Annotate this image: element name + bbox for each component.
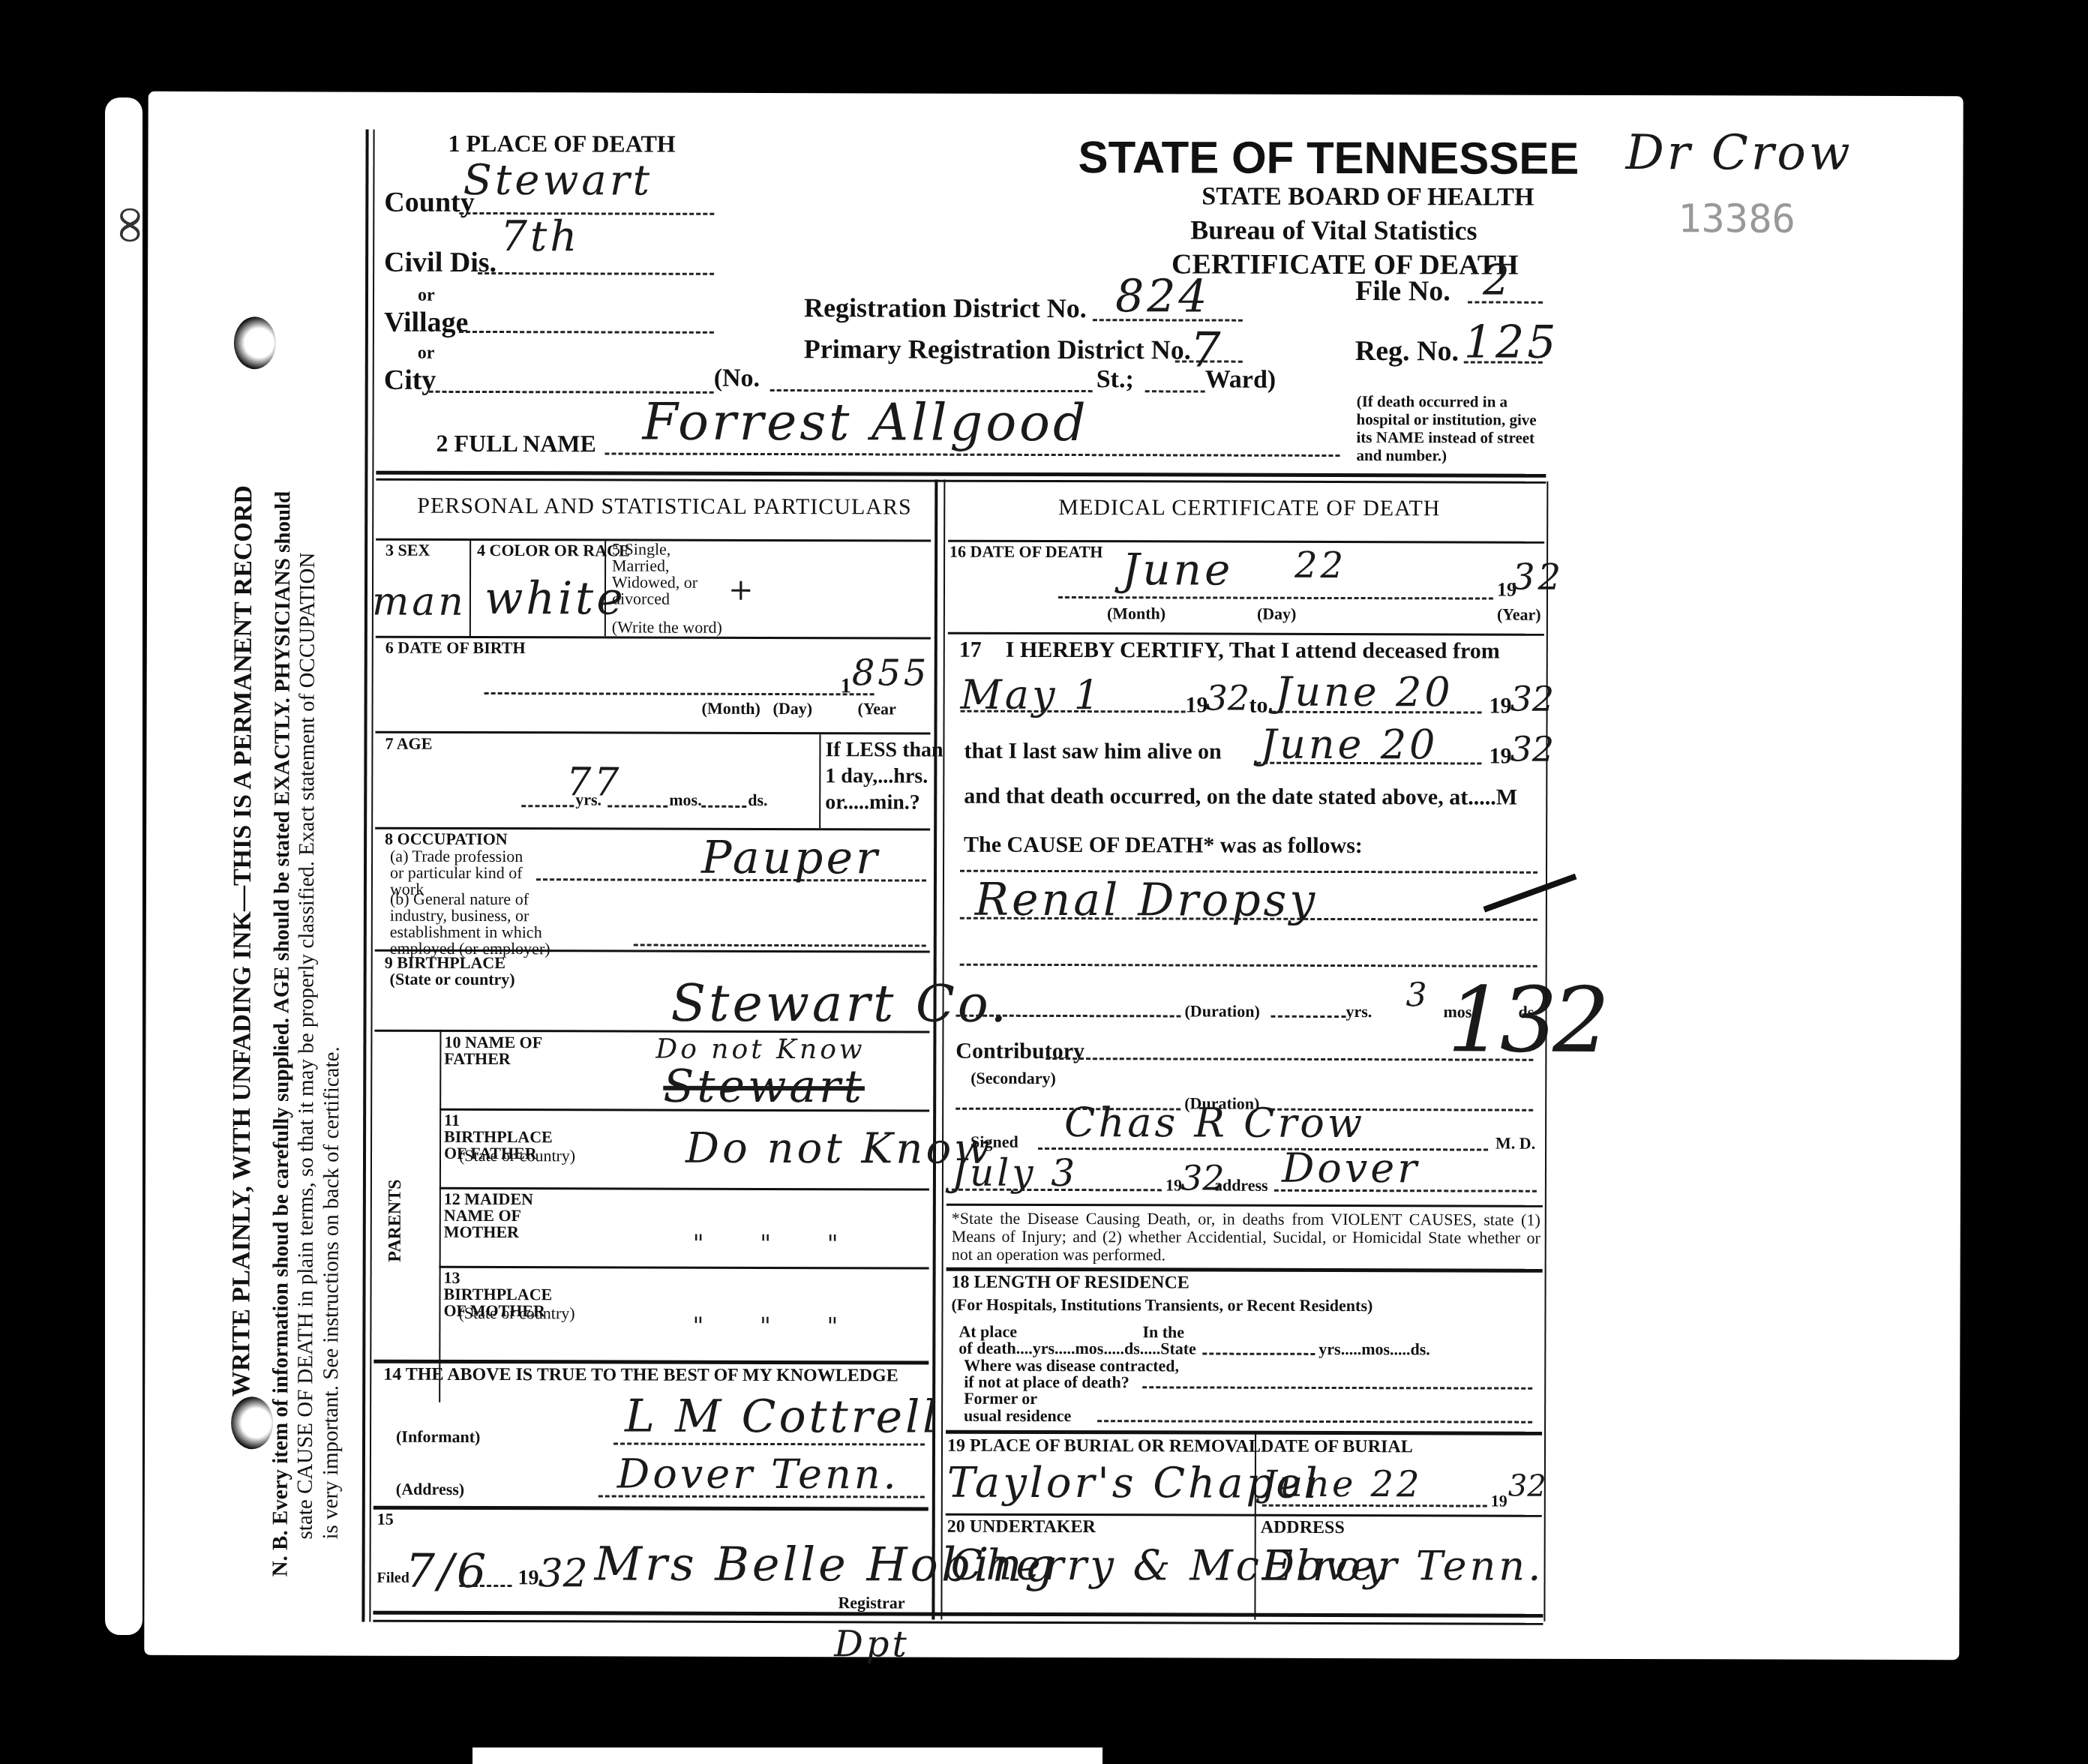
- or-label: or: [418, 286, 435, 306]
- informant-header: 14 THE ABOVE IS TRUE TO THE BEST OF MY K…: [383, 1365, 898, 1387]
- stamp-number: 13386: [1678, 196, 1795, 241]
- last-saw-label: that I last saw him alive on: [964, 739, 1221, 765]
- occ-a-value[interactable]: Pauper: [701, 832, 880, 885]
- less-than-1: If LESS than: [825, 738, 943, 762]
- signed-value[interactable]: Chas R Crow: [1064, 1099, 1365, 1147]
- informant-label: (Informant): [396, 1427, 481, 1447]
- father-birthplace-value[interactable]: Do not Know: [685, 1124, 993, 1174]
- column-divider: [931, 480, 937, 1620]
- marital-hint: (Write the word): [612, 617, 722, 637]
- mother-birthplace-sub: (State or country): [458, 1303, 574, 1323]
- sex-value[interactable]: man: [372, 580, 466, 625]
- year-prefix: 19: [1165, 1175, 1182, 1195]
- bottom-paper-tab: [472, 1747, 1102, 1764]
- contributory-label: Contributory: [955, 1039, 1084, 1064]
- father-name-value[interactable]: Stewart: [663, 1060, 865, 1114]
- undertaker-address-value[interactable]: Dover Tenn.: [1262, 1542, 1544, 1590]
- secondary-label: (Secondary): [970, 1069, 1056, 1088]
- state-tail-label: yrs.....mos.....ds.: [1318, 1339, 1430, 1359]
- dod-day-value[interactable]: 22: [1294, 544, 1346, 586]
- file-no-label: File No.: [1355, 274, 1450, 307]
- margin-number: 132: [1447, 968, 1605, 1073]
- occurred-text: and that death occurred, on the date sta…: [964, 784, 1517, 811]
- board-label: STATE BOARD OF HEALTH: [1201, 183, 1534, 212]
- hospital-note: (If death occurred in a hospital or inst…: [1356, 392, 1543, 465]
- or-label: or: [418, 343, 435, 364]
- reg-district-value[interactable]: 824: [1115, 270, 1210, 322]
- medical-title: MEDICAL CERTIFICATE OF DEATH: [1058, 495, 1440, 521]
- dob-month-label: (Month): [702, 699, 760, 718]
- less-than-2: 1 day,...hrs.: [825, 764, 928, 788]
- place-of-death-label: 1 PLACE OF DEATH: [448, 130, 676, 158]
- certify-number: 17: [959, 637, 982, 663]
- to-label: to: [1249, 693, 1268, 718]
- dob-label: 6 DATE OF BIRTH: [385, 638, 526, 658]
- burial-date-label: DATE OF BURIAL: [1261, 1437, 1413, 1458]
- side-note-line2: N. B. Every item of information shoud be…: [268, 491, 296, 1577]
- year-prefix: 19: [1186, 692, 1208, 718]
- full-name-value[interactable]: Forrest Allgood: [642, 393, 1088, 454]
- year-prefix: 19: [1489, 694, 1512, 719]
- filed-year-value[interactable]: 32: [538, 1551, 587, 1596]
- last-saw-value[interactable]: June 20: [1260, 721, 1438, 769]
- doctor-address-label: address: [1214, 1176, 1268, 1195]
- birthplace-sub: (State or country): [390, 970, 515, 989]
- punch-hole-top-icon: [234, 316, 276, 369]
- usual-residence-label: usual residence: [964, 1406, 1071, 1426]
- parents-label: PARENTS: [385, 1179, 406, 1261]
- less-than-3: or.....min.?: [825, 790, 920, 814]
- mother-name-label: 12 MAIDEN NAME OF MOTHER: [444, 1191, 564, 1240]
- cause-text: The CAUSE OF DEATH* was as follows:: [964, 832, 1363, 859]
- dod-label: 16 DATE OF DEATH: [949, 542, 1102, 562]
- side-note-line3: state CAUSE OF DEATH in plain terms, so …: [293, 553, 320, 1540]
- filed-date-value[interactable]: 7/6: [405, 1543, 489, 1598]
- burial-label: 19 PLACE OF BURIAL OR REMOVAL: [947, 1436, 1261, 1457]
- dod-day-label: (Day): [1257, 604, 1297, 624]
- dod-month-label: (Month): [1107, 604, 1165, 623]
- informant-value[interactable]: L M Cottrell: [625, 1390, 940, 1444]
- marital-value[interactable]: +: [728, 573, 757, 607]
- year-prefix: 19: [1489, 744, 1511, 769]
- side-note-line1: WRITE PLAINLY, WITH UNFADING INK—THIS IS…: [227, 485, 258, 1396]
- race-label: 4 COLOR OR RACE: [477, 541, 630, 561]
- left-margin-strip: [105, 97, 142, 1635]
- duration-mos-value[interactable]: 3: [1406, 976, 1430, 1014]
- reg-district-label: Registration District No.: [804, 292, 1087, 324]
- dob-year-value[interactable]: 855: [852, 652, 930, 694]
- death-certificate: WRITE PLAINLY, WITH UNFADING INK—THIS IS…: [144, 91, 1963, 1660]
- usual-residence-field[interactable]: [1097, 1420, 1532, 1423]
- full-name-label: 2 FULL NAME: [436, 430, 595, 458]
- filed-number: 15: [377, 1510, 394, 1529]
- attend-from-year[interactable]: 32: [1206, 678, 1250, 718]
- duration-label: (Duration): [1184, 1001, 1259, 1021]
- dob-year-prefix: 1: [841, 674, 851, 698]
- burial-year-prefix: 19: [1491, 1492, 1507, 1511]
- registrar-suffix: Dpt: [834, 1623, 910, 1665]
- residence-sub: (For Hospitals, Institutions Transients,…: [951, 1295, 1372, 1315]
- dob-year-label: (Year: [858, 699, 896, 718]
- mother-birthplace-value[interactable]: " " ": [692, 1312, 841, 1341]
- state-title: STATE OF TENNESSEE: [1078, 131, 1579, 184]
- street-label: St.;: [1096, 365, 1134, 394]
- age-yrs-label: yrs.: [575, 790, 601, 809]
- certify-text: I HEREBY CERTIFY, That I attend deceased…: [1006, 637, 1500, 664]
- reg-no-label: Reg. No.: [1355, 334, 1459, 367]
- dob-day-label: (Day): [773, 699, 813, 718]
- occ-b-label: (b) General nature of industry, business…: [390, 891, 570, 958]
- age-ds-label: ds.: [748, 790, 767, 810]
- village-label: Village: [384, 306, 469, 339]
- mother-name-value[interactable]: " " ": [693, 1229, 841, 1258]
- margin-note-dr-crow: Dr Crow: [1625, 125, 1852, 181]
- border-left-inner: [369, 130, 374, 1622]
- filed-label: Filed: [377, 1570, 409, 1587]
- civil-dis-value[interactable]: 7th: [500, 212, 580, 261]
- residence-label: 18 LENGTH OF RESIDENCE: [952, 1273, 1189, 1294]
- age-mos-label: mos.: [669, 790, 701, 810]
- primary-reg-label: Primary Registration District No.: [804, 333, 1191, 365]
- side-note-line4: is very important. See instructions on b…: [319, 1046, 345, 1539]
- contributory-field[interactable]: [1045, 1057, 1533, 1061]
- village-field[interactable]: [459, 331, 714, 334]
- undertaker-address-label: ADDRESS: [1261, 1518, 1345, 1538]
- address-label: (Address): [396, 1480, 464, 1499]
- dod-month-value[interactable]: June: [1122, 544, 1233, 595]
- personal-title: PERSONAL AND STATISTICAL PARTICULARS: [417, 493, 911, 520]
- age-label: 7 AGE: [385, 734, 432, 754]
- doctor-address-value[interactable]: Dover: [1282, 1144, 1420, 1192]
- reg-no-value[interactable]: 125: [1464, 316, 1559, 368]
- father-birthplace-sub: (State or country): [459, 1146, 575, 1165]
- informant-address-value[interactable]: Dover Tenn.: [617, 1450, 899, 1498]
- marital-label: 5 Single, Married, Widowed, or divorced: [612, 541, 717, 607]
- contracted-field[interactable]: [1142, 1386, 1532, 1389]
- street-no-label: (No.: [714, 364, 760, 393]
- primary-reg-value[interactable]: 7: [1190, 322, 1224, 378]
- md-label: M. D.: [1495, 1134, 1535, 1153]
- burial-year[interactable]: 32: [1508, 1469, 1546, 1504]
- burial-date-value[interactable]: June 22: [1262, 1463, 1423, 1506]
- footnote: *State the Disease Causing Death, or, in…: [952, 1210, 1540, 1265]
- undertaker-label: 20 UNDERTAKER: [947, 1517, 1096, 1538]
- registrar-label: Registrar: [838, 1593, 904, 1612]
- punch-hole-bottom-icon: [231, 1396, 273, 1449]
- border-left: [361, 130, 368, 1622]
- dod-year-value[interactable]: 32: [1512, 556, 1564, 598]
- signed-label: Signed: [970, 1132, 1018, 1152]
- filed-year-prefix: 19: [518, 1566, 539, 1590]
- occ-b-field[interactable]: [634, 944, 926, 947]
- birthplace-value[interactable]: Stewart Co.: [670, 974, 1009, 1034]
- duration-yrs-label: yrs.: [1345, 1002, 1372, 1021]
- sex-label: 3 SEX: [385, 541, 430, 560]
- attend-to-value[interactable]: June 20: [1276, 668, 1453, 716]
- file-no-value[interactable]: 2: [1483, 256, 1513, 304]
- bureau-label: Bureau of Vital Statistics: [1190, 214, 1477, 246]
- certificate-label: CERTIFICATE OF DEATH: [1171, 247, 1519, 281]
- father-name-label: 10 NAME OF FATHER: [444, 1034, 541, 1067]
- cause-strike: [1483, 874, 1576, 913]
- county-value[interactable]: Stewart: [463, 156, 652, 205]
- dod-year-label: (Year): [1497, 605, 1541, 625]
